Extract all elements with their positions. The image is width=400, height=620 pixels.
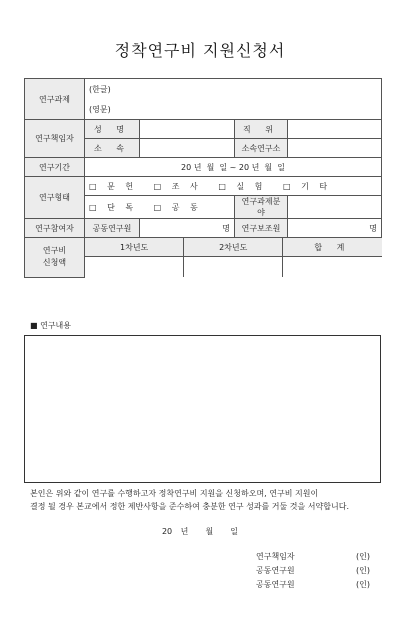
- budget-label-line1: 연구비: [43, 246, 66, 255]
- institute-field[interactable]: [288, 139, 382, 158]
- affiliation-label: 소 속: [85, 139, 140, 158]
- page-title: 정착연구비 지원신청서: [0, 38, 400, 61]
- seal-mark[interactable]: (인): [356, 579, 370, 590]
- application-form-table: 연구과제 (한글) (영문) 연구책임자 성 명 직 위 소 속 소속연구소 연…: [24, 78, 382, 278]
- name-field[interactable]: [140, 120, 235, 139]
- budget-total-header: 합 계: [283, 238, 382, 257]
- budget-label: 연구비 신청액: [25, 238, 85, 278]
- co-researcher-count-field[interactable]: 명: [140, 219, 235, 238]
- research-content-label: ■ 연구내용: [30, 320, 71, 331]
- principal-investigator-label: 연구책임자: [25, 120, 85, 158]
- position-field[interactable]: [288, 120, 382, 139]
- signature-role: 공동연구원: [256, 565, 356, 576]
- research-field-label: 연구과제분야: [235, 196, 288, 219]
- research-topic-label: 연구과제: [25, 79, 85, 120]
- assistant-label: 연구보조원: [235, 219, 288, 238]
- position-label: 직 위: [235, 120, 288, 139]
- research-period-label: 연구기간: [25, 158, 85, 177]
- checkbox-survey[interactable]: □ 조 사: [154, 181, 202, 192]
- participants-label: 연구참여자: [25, 219, 85, 238]
- checkbox-joint[interactable]: □ 공 동: [154, 202, 202, 213]
- research-period-field[interactable]: 20 년 월 일 ~ 20 년 월 일: [85, 158, 382, 177]
- declaration-line2: 결정 될 경우 본교에서 정한 제반사항을 준수하여 충분한 연구 성과를 거둘…: [30, 500, 390, 513]
- affiliation-field[interactable]: [140, 139, 235, 158]
- research-topic-english-field[interactable]: (영문): [85, 99, 382, 120]
- research-content-field[interactable]: [24, 335, 381, 483]
- checkbox-other[interactable]: □ 기 타: [283, 181, 331, 192]
- research-type-label: 연구형태: [25, 177, 85, 219]
- checkbox-literature[interactable]: □ 문 헌: [89, 181, 137, 192]
- signature-co-researcher-2: 공동연구원(인): [256, 579, 376, 590]
- name-label: 성 명: [85, 120, 140, 139]
- assistant-count-field[interactable]: 명: [288, 219, 382, 238]
- signature-principal-investigator: 연구책임자(인): [256, 551, 376, 562]
- signature-co-researcher-1: 공동연구원(인): [256, 565, 376, 576]
- english-prefix: (영문): [89, 105, 111, 114]
- budget-total-field[interactable]: [283, 257, 382, 278]
- research-field-input[interactable]: [288, 196, 382, 219]
- budget-label-line2: 신청액: [43, 258, 66, 267]
- signature-date[interactable]: 20 년 월 일: [0, 526, 400, 537]
- checkbox-solo[interactable]: □ 단 독: [89, 202, 137, 213]
- co-researcher-label: 공동연구원: [85, 219, 140, 238]
- korean-prefix: (한글): [89, 85, 111, 94]
- seal-mark[interactable]: (인): [356, 565, 370, 576]
- budget-year2-header: 2차년도: [184, 238, 283, 257]
- research-type-options-row2: □ 단 독 □ 공 동: [85, 196, 235, 219]
- co-researcher-unit: 명: [222, 224, 230, 233]
- checkbox-experiment[interactable]: □ 실 험: [218, 181, 266, 192]
- budget-year2-field[interactable]: [184, 257, 283, 278]
- signature-role: 연구책임자: [256, 551, 356, 562]
- institute-label: 소속연구소: [235, 139, 288, 158]
- signature-role: 공동연구원: [256, 579, 356, 590]
- assistant-unit: 명: [369, 224, 377, 233]
- budget-grid: 1차년도 2차년도 합 계: [85, 238, 382, 278]
- research-topic-korean-field[interactable]: (한글): [85, 79, 382, 100]
- declaration-text: 본인은 위와 같이 연구를 수행하고자 정착연구비 지원을 신청하오며, 연구비…: [30, 487, 390, 513]
- declaration-line1: 본인은 위와 같이 연구를 수행하고자 정착연구비 지원을 신청하오며, 연구비…: [30, 487, 390, 500]
- research-type-options-row1: □ 문 헌 □ 조 사 □ 실 험 □ 기 타: [85, 177, 382, 196]
- budget-year1-header: 1차년도: [85, 238, 184, 257]
- seal-mark[interactable]: (인): [356, 551, 370, 562]
- budget-year1-field[interactable]: [85, 257, 184, 278]
